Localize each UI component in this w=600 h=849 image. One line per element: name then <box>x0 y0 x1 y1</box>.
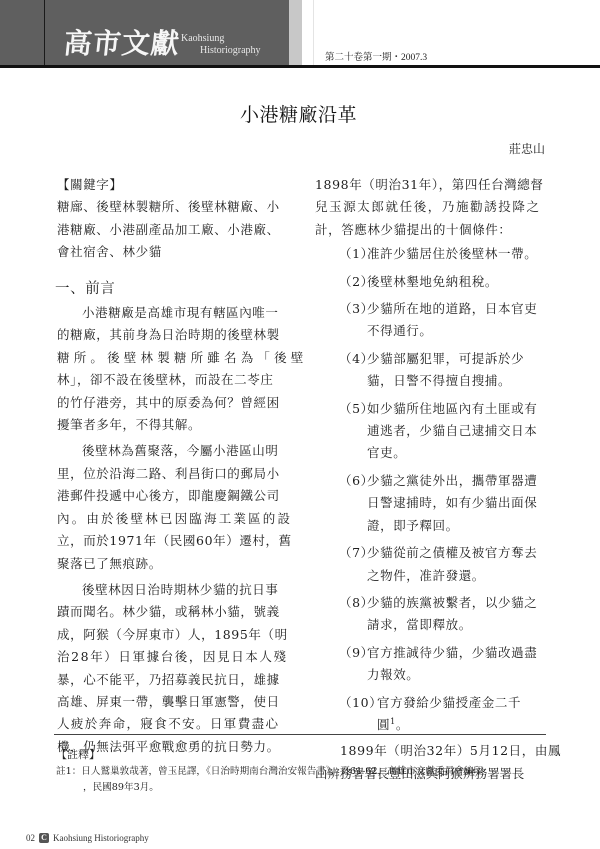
paragraph-line: 計，答應林少貓提出的十個條件： <box>315 219 525 241</box>
condition-number: （9） <box>315 642 367 687</box>
paragraph-line: 蹟而聞名。林少貓，或稱林小貓，號義 <box>57 601 253 623</box>
paragraph-line: 小港糖廠是高雄市現有轄區內唯一 <box>57 302 253 324</box>
condition-number: （6） <box>315 470 367 537</box>
section-heading: 一、前言 <box>55 278 253 300</box>
paragraph-line: 兒玉源太郎就任後，乃施勸誘投降之 <box>315 196 525 218</box>
condition-text: 之物件，准許發還。 <box>367 565 537 587</box>
condition-number: （2） <box>315 271 367 293</box>
page-footer: 02 C Kaohsiung Historiography <box>26 833 149 843</box>
condition-number: （10） <box>315 692 377 737</box>
notes-heading: 【註釋】 <box>56 746 100 762</box>
article-title: 小港糖廠沿革 <box>240 100 357 127</box>
paragraph-line: 成，阿猴（今屏東市）人，1895年（明 <box>57 624 253 646</box>
condition-text: 不得通行。 <box>367 320 537 342</box>
issue-info: 第二十卷第一期・2007.3 <box>325 49 427 63</box>
condition-item: （9） 官方推誠待少貓，少貓改過盡 力報效。 <box>315 642 525 687</box>
condition-text: 少貓所在地的道路，日本官吏 <box>367 298 537 320</box>
paragraph: 後壁林因日治時期林少貓的抗日事 蹟而聞名。林少貓，或稱林小貓，號義 成，阿猴（今… <box>57 579 253 758</box>
page-number: 02 <box>26 833 35 843</box>
condition-item: （3） 少貓所在地的道路，日本官吏 不得通行。 <box>315 298 525 343</box>
notes-divider <box>54 734 546 735</box>
condition-text: 少貓之黨徒外出，攜帶軍器遭 <box>367 470 537 492</box>
intro-paragraph: 1898年（明治31年），第四任台灣總督 兒玉源太郎就任後，乃施勸誘投降之 計，… <box>315 174 525 241</box>
journal-logo-chinese: 高市文獻 <box>62 22 182 62</box>
footer-journal-name: Kaohsiung Historiography <box>53 833 149 843</box>
condition-text: 准許少貓居住於後壁林一帶。 <box>367 243 537 265</box>
journal-emblem-icon: C <box>39 833 49 843</box>
journal-logo-english-line2: Historiography <box>200 45 261 56</box>
condition-text: 官吏。 <box>367 442 537 464</box>
paragraph-line: 治28年）日軍據台後，因見日本人殘 <box>57 646 253 668</box>
condition-number: （8） <box>315 592 367 637</box>
paragraph: 後壁林為舊聚落，今屬小港區山明 里，位於沿海二路、利昌街口的郵局小 港郵件投遞中… <box>57 440 253 574</box>
keywords-line: 糖廍、後壁林製糖所、後壁林糖廠、小 <box>57 196 253 218</box>
condition-number: （7） <box>315 542 367 587</box>
condition-text: 如少貓所住地區內有土匪或有 <box>367 398 537 420</box>
condition-number: （3） <box>315 298 367 343</box>
condition-number: （1） <box>315 243 367 265</box>
condition-text: 圓 <box>377 717 390 732</box>
paragraph-line: 1898年（明治31年），第四任台灣總督 <box>315 174 525 196</box>
condition-text: 官方推誠待少貓，少貓改過盡 <box>367 642 537 664</box>
paragraph-line: 1899年（明治32年）5月12日，由鳳 <box>315 740 525 762</box>
article-author: 莊忠山 <box>509 140 545 157</box>
footnote-1-continuation: ，民國89年3月。 <box>83 779 159 793</box>
paragraph-line: 的竹仔港旁，其中的原委為何？曾經困 <box>57 392 253 414</box>
paragraph-line: 暴，心不能平，乃招募義民抗日，雄據 <box>57 669 253 691</box>
keywords-line: 會社宿舍、林少貓 <box>57 241 253 263</box>
paragraph-line: 後壁林為舊聚落，今屬小港區山明 <box>57 440 253 462</box>
keywords-list: 糖廍、後壁林製糖所、後壁林糖廠、小 港糖廠、小港副產品加工廠、小港廠、 會社宿舍… <box>57 196 253 263</box>
condition-item: （10） 官方發給少貓授產金二千 圓1。 <box>315 692 525 737</box>
condition-text: 請求，當即釋放。 <box>367 614 537 636</box>
condition-item: （4） 少貓部屬犯罪，可提訴於少 貓，日警不得擅自搜捕。 <box>315 348 525 393</box>
condition-text: 貓，日警不得擅自搜捕。 <box>367 370 524 392</box>
paragraph-line: 糖所。後壁林製糖所雖名為「後壁 <box>57 347 253 369</box>
condition-text: 少貓的族黨被繫者，以少貓之 <box>367 592 537 614</box>
condition-item: （1） 准許少貓居住於後壁林一帶。 <box>315 243 525 265</box>
left-column: 【關鍵字】 糖廍、後壁林製糖所、後壁林糖廠、小 港糖廠、小港副產品加工廠、小港廠… <box>57 174 253 758</box>
condition-text-last: 圓1。 <box>377 714 521 736</box>
condition-text: 少貓部屬犯罪，可提訴於少 <box>367 348 524 370</box>
paragraph-line: 後壁林因日治時期林少貓的抗日事 <box>57 579 253 601</box>
condition-text: 日警逮捕時，如有少貓出面保 <box>367 492 537 514</box>
conditions-list: （1） 准許少貓居住於後壁林一帶。 （2） 後壁林墾地免納租稅。 （3） 少貓所… <box>315 243 525 736</box>
paragraph-line: 聚落已了無痕跡。 <box>57 553 253 575</box>
condition-number: （4） <box>315 348 367 393</box>
condition-item: （2） 後壁林墾地免納租稅。 <box>315 271 525 293</box>
condition-tail: 。 <box>396 717 409 732</box>
paragraph-line: 立，而於1971年（民國60年）遷村，舊 <box>57 530 253 552</box>
condition-text: 少貓從前之債權及被官方奪去 <box>367 542 537 564</box>
paragraph-line: 林」，卻不設在後壁林，而設在二苓庄 <box>57 369 253 391</box>
paragraph-line: 里，位於沿海二路、利昌街口的郵局小 <box>57 463 253 485</box>
keywords-heading: 【關鍵字】 <box>57 174 253 196</box>
header-accent-strip <box>289 0 302 66</box>
paragraph-line: 內。由於後壁林已因臨海工業區的設 <box>57 508 253 530</box>
paragraph-line: 人疲於奔命，寢食不安。日軍費盡心 <box>57 713 253 735</box>
condition-text: 證，即予釋回。 <box>367 515 537 537</box>
condition-text: 官方發給少貓授產金二千 <box>377 692 521 714</box>
condition-number: （5） <box>315 398 367 465</box>
header-rule <box>0 65 600 68</box>
condition-item: （7） 少貓從前之債權及被官方奪去 之物件，准許發還。 <box>315 542 525 587</box>
condition-text: 逋逃者，少貓自己逮捕交日本 <box>367 420 537 442</box>
header-divider <box>44 0 45 66</box>
condition-item: （8） 少貓的族黨被繫者，以少貓之 請求，當即釋放。 <box>315 592 525 637</box>
right-column: 1898年（明治31年），第四任台灣總督 兒玉源太郎就任後，乃施勸誘投降之 計，… <box>315 174 525 785</box>
paragraph-line: 港郵件投遞中心後方，即龍慶鋼鐵公司 <box>57 485 253 507</box>
journal-logo-english-line1: Kaohsiung <box>181 33 224 44</box>
condition-text: 力報效。 <box>367 664 537 686</box>
paragraph-line: 的糖廠，其前身為日治時期的後壁林製 <box>57 324 253 346</box>
paragraph-line: 擾筆者多年，不得其解。 <box>57 414 253 436</box>
condition-item: （6） 少貓之黨徒外出，攜帶軍器遭 日警逮捕時，如有少貓出面保 證，即予釋回。 <box>315 470 525 537</box>
footnote-1: 註1：日人鷲巢敦哉著，曾玉昆譯，《日治時期南台灣治安報告書》，頁61-62，高雄… <box>56 764 483 779</box>
keywords-line: 港糖廠、小港副產品加工廠、小港廠、 <box>57 219 253 241</box>
paragraph-line: 高雄、屏東一帶，襲擊日軍憲警，使日 <box>57 691 253 713</box>
header-thin-line <box>313 0 314 66</box>
paragraph: 小港糖廠是高雄市現有轄區內唯一 的糖廠，其前身為日治時期的後壁林製 糖所。後壁林… <box>57 302 253 436</box>
condition-text: 後壁林墾地免納租稅。 <box>367 271 498 293</box>
condition-item: （5） 如少貓所住地區內有土匪或有 逋逃者，少貓自己逮捕交日本 官吏。 <box>315 398 525 465</box>
